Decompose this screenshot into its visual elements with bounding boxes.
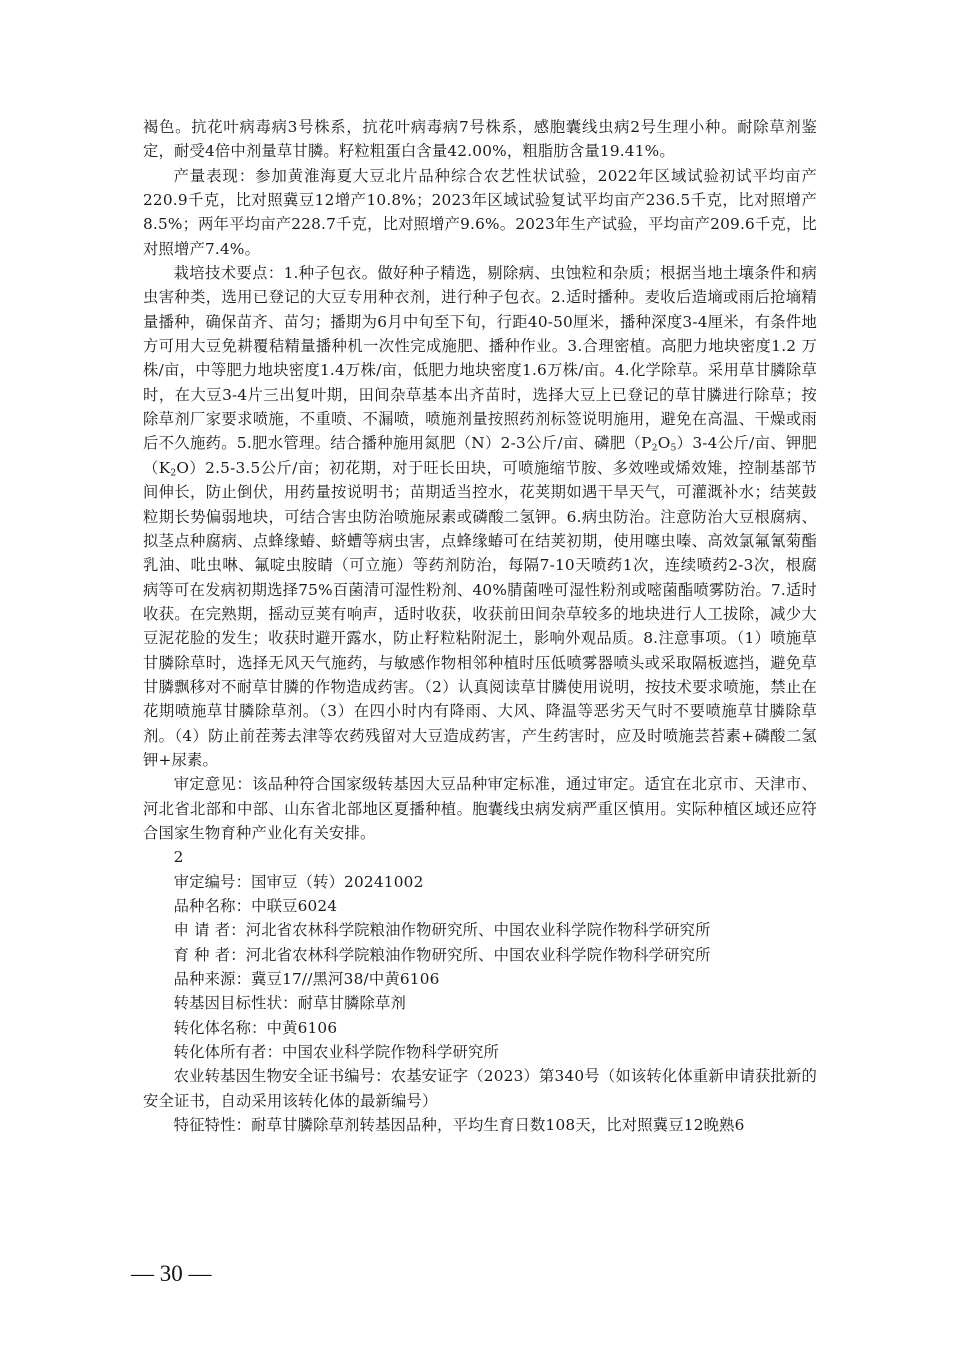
cultivation-text-1: 栽培技术要点：1.种子包衣。做好种子精选，剔除病、虫蚀粒和杂质；根据当地土壤条件… (143, 264, 817, 452)
page-number: — 30 — (131, 1261, 212, 1287)
cultivation-text-3: O）2.5-3.5公斤/亩；初花期，对于旺长田块，可喷施缩节胺、多效唑或烯效雉，… (143, 459, 817, 769)
field-transgenic-trait: 转基因目标性状：耐草甘膦除草剂 (143, 991, 817, 1015)
yield-performance-paragraph: 产量表现：参加黄淮海夏大豆北片品种综合农艺性状试验，2022年区域试验初试平均亩… (143, 164, 817, 261)
field-transformant-owner: 转化体所有者：中国农业科学院作物科学研究所 (143, 1040, 817, 1064)
cultivation-techniques-paragraph: 栽培技术要点：1.种子包衣。做好种子精选，剔除病、虫蚀粒和杂质；根据当地土壤条件… (143, 261, 817, 772)
field-variety-name: 品种名称：中联豆6024 (143, 894, 817, 918)
field-transformant-name: 转化体名称：中黄6106 (143, 1016, 817, 1040)
cultivation-text-o: O (658, 434, 671, 452)
field-approval-number: 审定编号：国审豆（转）20241002 (143, 870, 817, 894)
field-variety-source: 品种来源：冀豆17//黑河38/中黄6106 (143, 967, 817, 991)
document-body: 褐色。抗花叶病毒病3号株系，抗花叶病毒病7号株系，感胞囊线虫病2号生理小种。耐除… (143, 115, 817, 1137)
entry-index: 2 (143, 845, 817, 869)
biosafety-certificate-paragraph: 农业转基因生物安全证书编号：农基安证字（2023）第340号（如该转化体重新申请… (143, 1064, 817, 1113)
review-opinion-paragraph: 审定意见：该品种符合国家级转基因大豆品种审定标准，通过审定。适宜在北京市、天津市… (143, 772, 817, 845)
field-applicant: 申 请 者：河北省农林科学院粮油作物研究所、中国农业科学院作物科学研究所 (143, 918, 817, 942)
continued-paragraph: 褐色。抗花叶病毒病3号株系，抗花叶病毒病7号株系，感胞囊线虫病2号生理小种。耐除… (143, 115, 817, 164)
field-breeder: 育 种 者：河北省农林科学院粮油作物研究所、中国农业科学院作物科学研究所 (143, 943, 817, 967)
characteristics-paragraph: 特征特性：耐草甘膦除草剂转基因品种，平均生育日数108天，比对照冀豆12晚熟6 (143, 1113, 817, 1137)
